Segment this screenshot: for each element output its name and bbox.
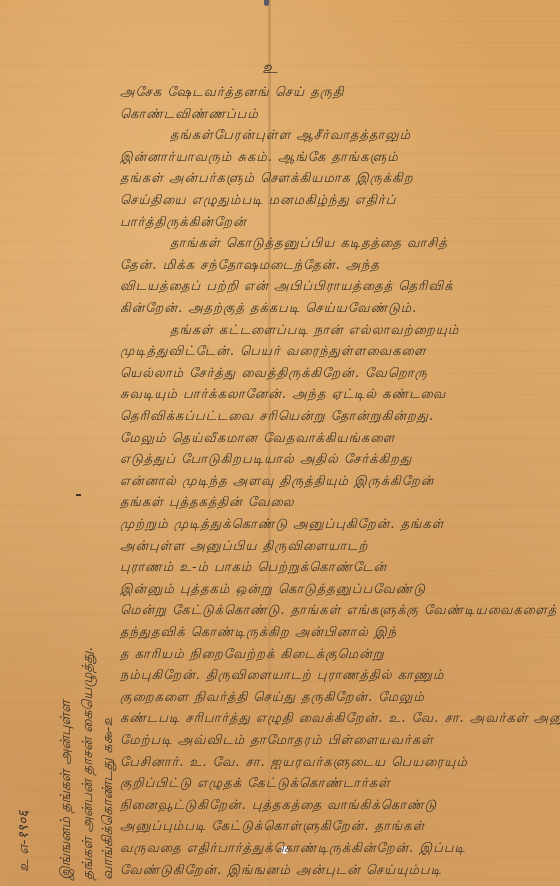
ink-mark [76,494,81,496]
handwritten-line: எடுத்துப் போடுகிறபடியால் அதில் சேர்க்கிற… [120,453,412,466]
handwritten-line: பேசினார். உ. வே. சா. ஐயரவர்களுடைய பெயரைய… [120,756,468,769]
handwritten-line: பார்த்திருக்கின்றேன் [120,216,247,229]
handwritten-line: தாங்கள் கொடுத்தனுப்பிய கடிதத்தை வாசித் [170,237,448,250]
handwritten-line: தெரிவிக்கப்பட்டவை சரியென்று தோன்றுகின்றத… [120,410,434,423]
handwritten-line: கொண்டவிண்ணப்பம் [120,108,259,121]
handwritten-line: த காரியம் நிறைவேற்றக் கிடைக்குமென்று [120,648,385,661]
handwritten-line: சுவடியும் பார்க்கலானேன். அந்த ஏட்டில் கண… [120,388,446,401]
handwritten-line: முற்றும் முடித்துக்கொண்டு அனுப்புகிறேன்.… [120,518,444,531]
handwritten-line: இன்னார்யாவரும் சுகம். ஆங்கே தாங்களும் [120,151,399,164]
handwritten-line: அசேக ஷேடவர்த்தனங் செய் தருதி [120,86,345,99]
handwritten-line: நம்புகிறேன். திருவிளையாடற் புராணத்தில் க… [120,669,444,682]
handwritten-line: வேண்டுகிறேன். இங்ஙனம் அன்புடன் செய்யும்ப… [120,864,442,877]
handwritten-line: கின்றேன். அதற்குத் தக்கபடி செய்யவேண்டும்… [120,302,417,315]
handwritten-line: இன்னும் புத்தகம் ஒன்று கொடுத்தனுப்பவேண்ட… [120,583,426,596]
handwritten-line: தேன். மிக்க சந்தோஷமடைந்தேன். அந்த [120,259,380,272]
handwritten-line: என்னால் முடிந்த அளவு திருத்தியும் இருக்க… [120,475,434,488]
handwritten-line: தங்கள் அன்பர்களும் சௌக்கியமாக இருக்கிற [120,172,414,185]
margin-closing-1: இங்ஙனம் தங்கள் அன்புள்ள [58,700,76,880]
handwritten-line: வருவதை எதிர்பார்த்துக்கொண்டிருக்கின்றேன்… [120,842,466,855]
pin-mark [264,0,269,6]
handwritten-line: யெல்லாம் சேர்த்து வைத்திருக்கிறேன். வேறொ… [120,367,428,380]
margin-closing-2: தங்கள் அன்பன் தாசன் கையெழுத்து. [80,647,98,880]
handwritten-line: தங்கள் புத்தகத்தின் வேலை [120,496,295,509]
handwritten-line: கண்டபடி சரிபார்த்து எழுதி வைக்கிறேன். உ.… [120,712,560,725]
handwritten-line: அனுப்பும்படி கேட்டுக்கொள்ளுகிறேன். தாங்க… [120,820,425,833]
handwritten-line: புராணம் உ-ம் பாகம் பெற்றுக்கொண்டேன் [120,561,387,574]
handwritten-line: மென்று கேட்டுக்கொண்டு. தாங்கள் எங்களுக்க… [120,604,557,617]
handwritten-line: நினைவூட்டுகிறேன். புத்தகத்தை வாங்கிக்கொண… [120,799,437,812]
handwritten-line: அன்புள்ள அனுப்பிய திருவிளையாடற் [120,540,368,553]
handwritten-line: மேலும் தெய்வீகமான வேதவாக்கியங்களை [120,432,395,445]
handwritten-line: மேற்படி அவ்விடம் தாமோதரம் பிள்ளையவர்கள் [120,734,434,747]
margin-date: உ ௭-१९०६ [14,810,34,872]
handwritten-line: முடித்துவிட்டேன். பெயர் வரைந்துள்ளவைகளை [120,345,427,358]
handwritten-line: செய்தியை எழுதும்படி மனமகிழ்ந்து எதிர்ப் [120,194,396,207]
handwritten-line: தங்கள் கட்டளைப்படி நான் எல்லாவற்றையும் [170,324,459,337]
handwritten-line: விடயத்தைப் பற்றி என் அபிப்பிராயத்தைத் தெ… [120,280,453,293]
handwritten-line: குறிப்பிட்டு எழுதக் கேட்டுக்கொண்டார்கள் [120,777,391,790]
handwritten-line: தங்கள்பேரன்புள்ள ஆசீர்வாதத்தாலும் [170,129,411,142]
handwritten-line: குறைகளை நிவர்த்தி செய்து தருகிறேன். மேலு… [120,691,425,704]
handwritten-line: தந்துதவிக் கொண்டிருக்கிற அன்பினால் இந் [120,626,397,639]
page-number: உ [262,60,278,77]
margin-closing-3: வாங்கிக்கொண்டது ௧௯-௨ [100,717,118,880]
